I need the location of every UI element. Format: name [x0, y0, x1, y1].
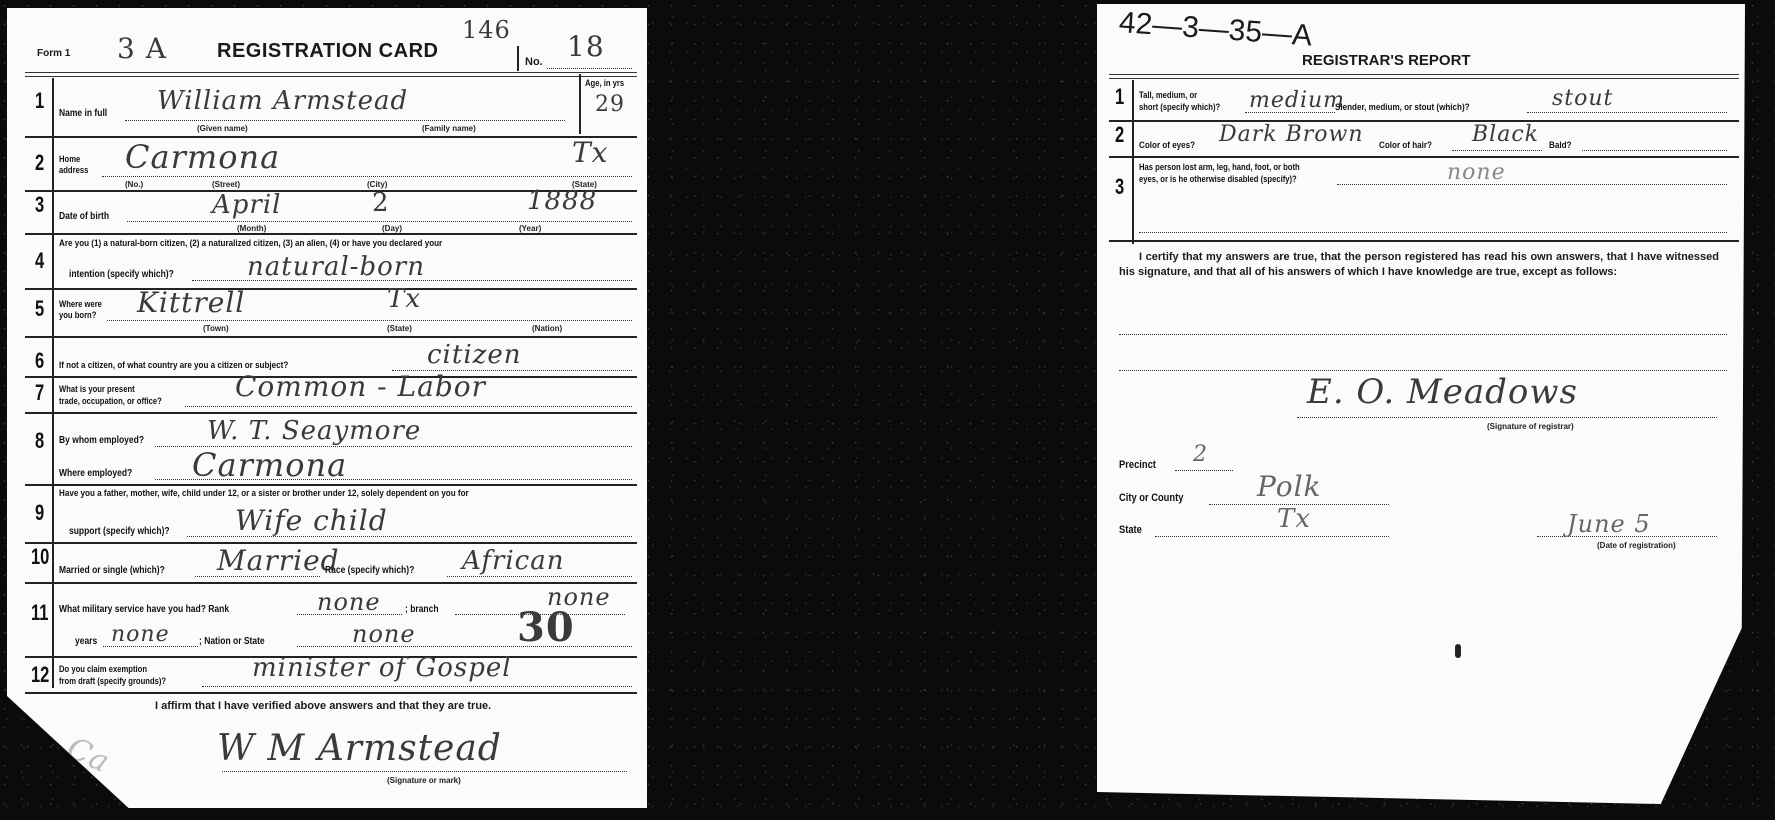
report-code: 42—3—35—A	[1118, 6, 1313, 53]
name-label: Name in full	[59, 108, 107, 119]
margin-annotation: 30	[517, 604, 575, 651]
age-label: Age, in yrs	[585, 78, 624, 88]
marital-value: Married	[217, 544, 340, 577]
dependents-value: Wife child	[235, 504, 388, 537]
row-number: 3	[35, 192, 44, 218]
margin-mark: Ca	[62, 731, 116, 781]
height-label: Tall, medium, or	[1139, 90, 1197, 100]
row-number: 10	[31, 544, 49, 570]
citizenship-value: natural-born	[247, 252, 425, 282]
registrar-signature: E. O. Meadows	[1307, 372, 1578, 412]
row-number: 1	[35, 88, 44, 114]
age-value: 29	[595, 92, 625, 117]
dob-day: 2	[372, 188, 390, 218]
nation-label: ; Nation or State	[199, 636, 265, 647]
bald-label: Bald?	[1549, 140, 1571, 151]
country-value: citizen	[427, 340, 521, 370]
registration-card: Form 1 3 A REGISTRATION CARD 146 No. 18 …	[7, 8, 647, 808]
birth-town: Kittrell	[137, 286, 245, 319]
certification-text: I certify that my answers are true, that…	[1119, 250, 1719, 280]
name-value: William Armstead	[157, 86, 408, 116]
exemption-value: minister of Gospel	[252, 653, 512, 683]
row-number: 11	[31, 600, 48, 626]
citizenship-question: Are you (1) a natural-born citizen, (2) …	[59, 238, 442, 249]
divider	[517, 46, 519, 71]
employer-value: W. T. Seaymore	[207, 416, 421, 446]
occupation-value: Common - Labor	[235, 370, 486, 403]
eye-color-label: Color of eyes?	[1139, 140, 1195, 151]
address-label: address	[59, 165, 88, 175]
intention-label: intention (specify which)?	[69, 269, 174, 280]
ink-spot	[1455, 644, 1461, 658]
military-rank: none	[317, 588, 381, 616]
row-number: 8	[35, 428, 44, 454]
precinct-label: Precinct	[1119, 459, 1156, 471]
form-label: Form 1	[37, 48, 70, 59]
report-title: REGISTRAR'S REPORT	[1302, 52, 1471, 69]
row-number: 3	[1115, 174, 1124, 200]
where-employed-label: Where employed?	[59, 468, 132, 479]
no-label: No.	[525, 56, 543, 68]
home-label: Home	[59, 154, 80, 164]
form-handwritten: 3 A	[117, 32, 167, 65]
where-employed-value: Carmona	[192, 446, 347, 484]
no-value: 18	[567, 30, 605, 63]
row-number: 9	[35, 500, 44, 526]
birthplace-label: Where were	[59, 299, 102, 309]
card-title: REGISTRATION CARD	[217, 40, 438, 63]
eye-color-value: Dark Brown	[1219, 122, 1364, 147]
occupation-label: What is your present	[59, 384, 135, 394]
marital-label: Married or single (which)?	[59, 565, 165, 576]
exemption-label: Do you claim exemption	[59, 664, 147, 674]
affirm-text: I affirm that I have verified above answ…	[155, 700, 491, 712]
registration-date-value: June 5	[1567, 510, 1651, 538]
dob-year: 1888	[527, 186, 597, 216]
years-label: years	[75, 636, 97, 647]
employer-label: By whom employed?	[59, 435, 144, 446]
row-number: 5	[35, 296, 44, 322]
row-number: 12	[31, 662, 49, 688]
row-number: 2	[35, 150, 44, 176]
military-label: What military service have you had? Rank	[59, 604, 229, 615]
dob-month: April	[212, 190, 281, 220]
birth-state: Tx	[387, 284, 421, 314]
military-years: none	[111, 622, 170, 647]
dependents-question: Have you a father, mother, wife, child u…	[59, 488, 469, 499]
row-number: 4	[35, 248, 44, 274]
branch-label: ; branch	[405, 604, 439, 615]
race-label: Race (specify which)?	[325, 565, 414, 576]
dob-label: Date of birth	[59, 211, 109, 222]
support-label: support (specify which)?	[69, 526, 170, 537]
disability-label: Has person lost arm, leg, hand, foot, or…	[1139, 162, 1300, 172]
height-value: medium	[1249, 88, 1345, 113]
hair-color-label: Color of hair?	[1379, 140, 1432, 151]
registrant-signature: W M Armstead	[217, 728, 502, 769]
precinct-value: 2	[1193, 442, 1208, 467]
build-label: Slender, medium, or stout (which)?	[1335, 102, 1470, 113]
state-label: State	[1119, 524, 1142, 536]
serial-handwritten: 146	[462, 16, 511, 44]
home-state-value: Tx	[572, 136, 608, 169]
county-label: City or County	[1119, 492, 1183, 504]
build-value: stout	[1552, 86, 1613, 111]
row-number: 7	[35, 380, 44, 406]
disability-value: none	[1447, 160, 1506, 185]
row-number: 1	[1115, 84, 1124, 110]
row-number: 2	[1115, 122, 1124, 148]
state-value: Tx	[1277, 504, 1311, 534]
race-value: African	[462, 546, 565, 576]
hair-color-value: Black	[1472, 122, 1539, 147]
military-nation: none	[352, 620, 416, 648]
registrars-report-card: 42—3—35—A REGISTRAR'S REPORT 1 Tall, med…	[1097, 4, 1745, 804]
row-number: 6	[35, 348, 44, 374]
county-value: Polk	[1257, 470, 1321, 503]
home-address-value: Carmona	[125, 138, 280, 176]
